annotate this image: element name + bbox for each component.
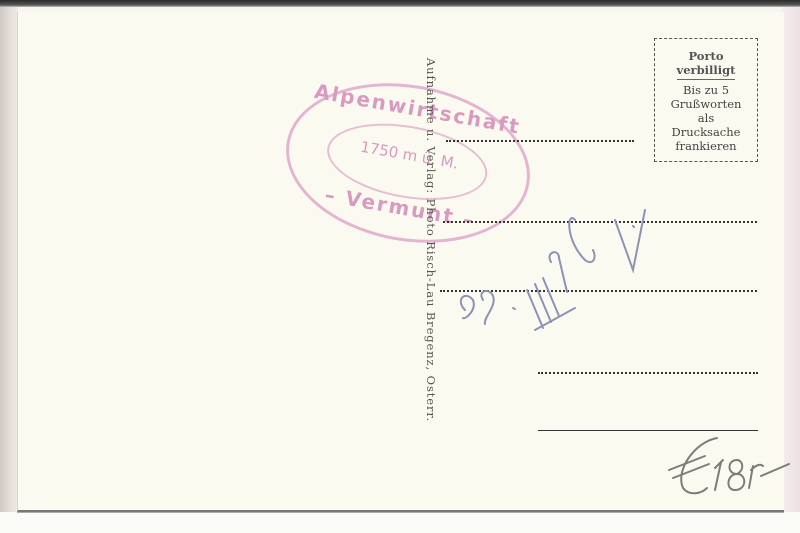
stamp-box-line1: Porto (655, 49, 757, 63)
stamp-box-line5: als (655, 111, 757, 125)
scan-top-edge (0, 0, 800, 7)
stamp-placement-box: Porto verbilligt Bis zu 5 Grußworten als… (654, 38, 758, 162)
stamp-box-line3: Bis zu 5 (655, 83, 757, 97)
stamp-box-line6: Drucksache (655, 125, 757, 139)
handwritten-price-note (665, 430, 795, 504)
handwritten-date-note (455, 200, 655, 354)
stamp-box-line4: Grußworten (655, 97, 757, 111)
handwriting-price-icon (665, 430, 795, 500)
stamp-box-line7: frankieren (655, 139, 757, 153)
address-line-4 (538, 372, 758, 374)
stamp-box-line2: verbilligt (677, 63, 736, 80)
scan-bottom-strip (0, 512, 800, 533)
handwriting-date-icon (455, 200, 655, 350)
address-line-1 (446, 140, 634, 142)
scan-left-edge (0, 7, 18, 533)
publisher-imprint: Aufnahme u. Verlag: Photo Risch-Lau Breg… (424, 58, 438, 422)
